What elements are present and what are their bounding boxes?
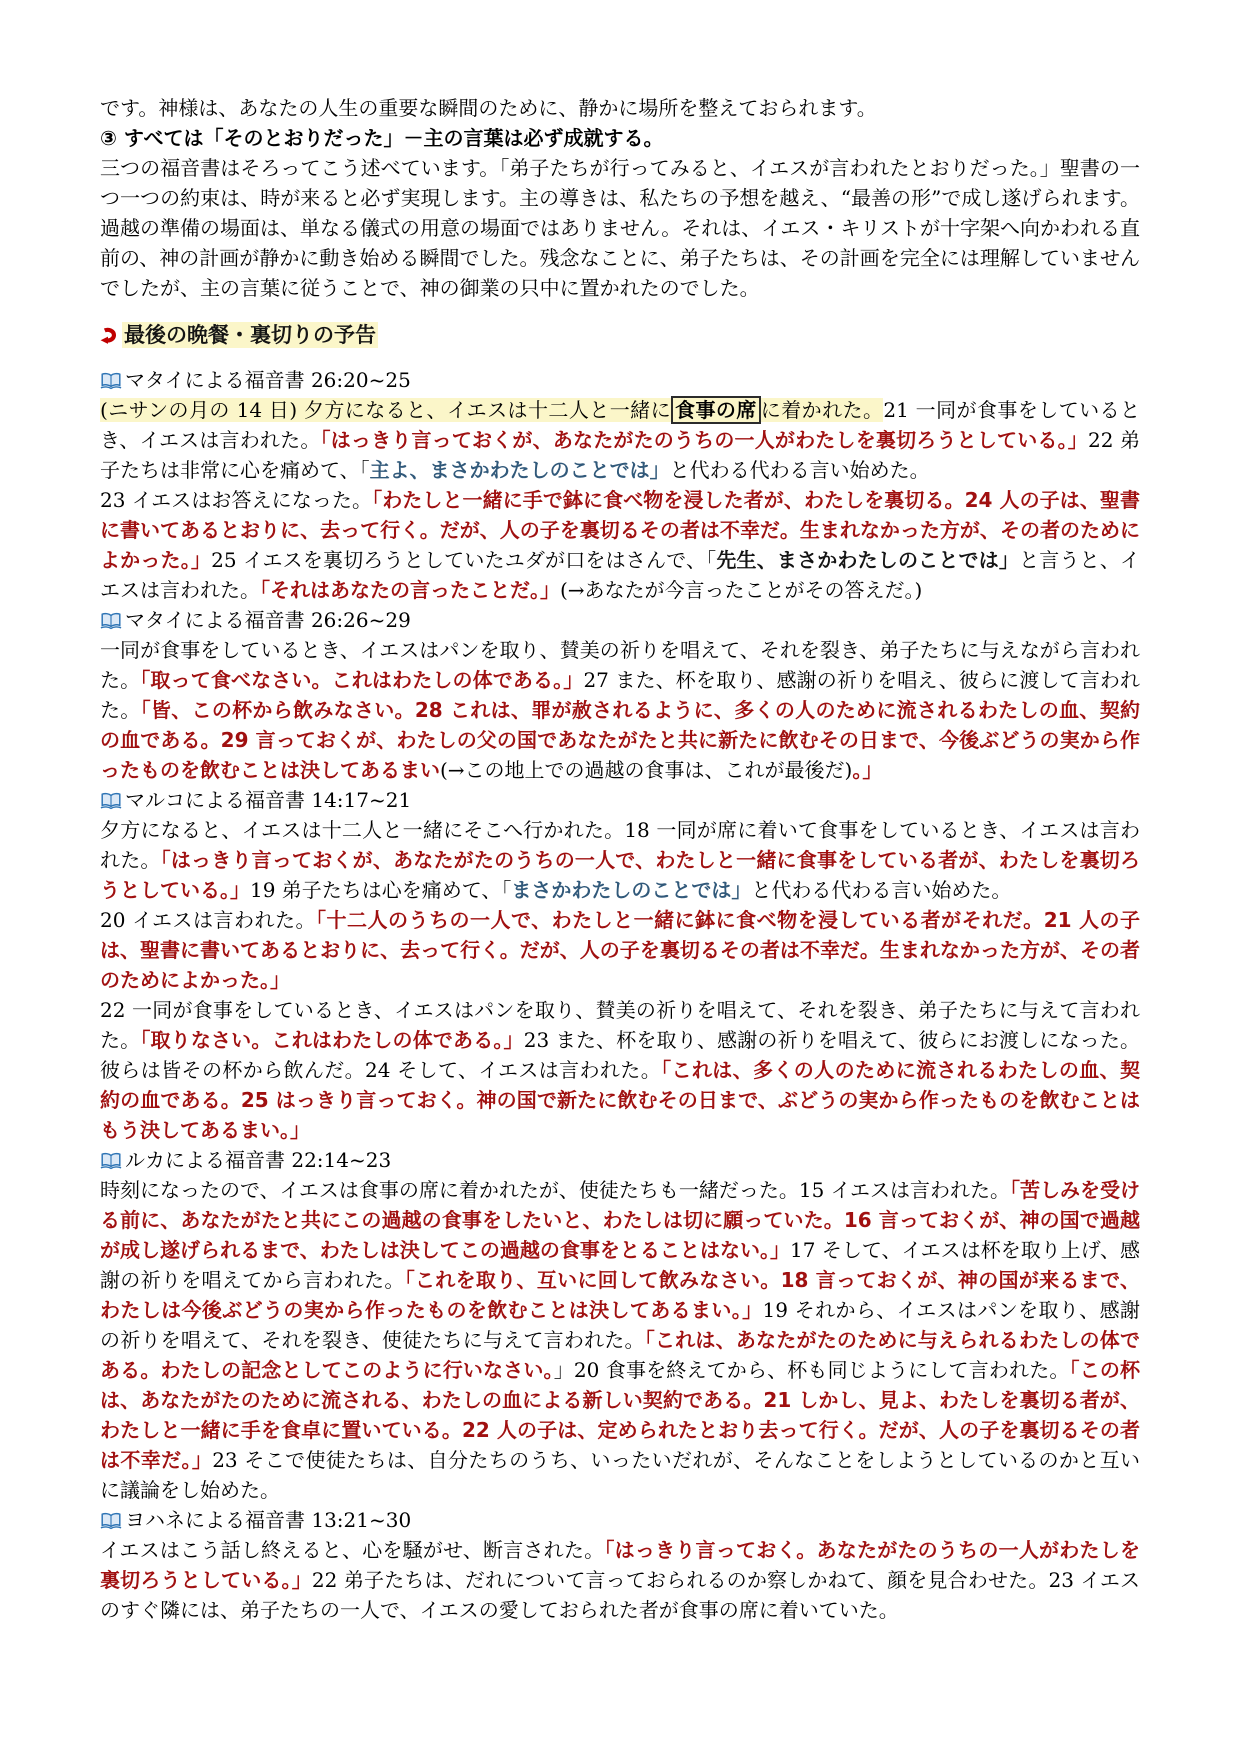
- open-book-icon: [100, 792, 122, 810]
- text-run: 23 そこで使徒たちは、自分たちのうち、いったいだれが、そんなことをしようとして…: [100, 1448, 1140, 1502]
- paragraph: (ニサンの月の 14 日) 夕方になると、イエスは十二人と一緒に食事の席に着かれ…: [100, 395, 1140, 485]
- open-book-icon: [100, 1152, 122, 1170]
- text-run: イエスはこう話し終えると、心を騒がせ、断言された。: [100, 1538, 604, 1562]
- scripture-reference-text: ルカによる福音書 22:14~23: [125, 1148, 391, 1172]
- paragraph: イエスはこう話し終えると、心を騒がせ、断言された。「はっきり言っておく。あなたが…: [100, 1535, 1140, 1625]
- red-arrow-icon: [100, 326, 119, 345]
- text-run: 「それはあなたの言ったことだ。」: [260, 578, 560, 602]
- section-heading-text: 最後の晩餐・裏切りの予告: [122, 322, 378, 348]
- text-run: (ニサンの月の 14 日) 夕方になると、イエスは十二人と一緒に: [100, 398, 671, 422]
- scripture-reference-text: マルコによる福音書 14:17~21: [125, 788, 411, 812]
- scripture-reference-text: マタイによる福音書 26:26~29: [125, 608, 411, 632]
- text-run: (→あなたが今言ったことがその答えだ。): [560, 578, 922, 602]
- paragraph: 夕方になると、イエスは十二人と一緒にそこへ行かれた。18 一同が席に着いて食事を…: [100, 815, 1140, 905]
- text-run: と代わる代わる言い始めた。: [670, 458, 930, 482]
- text-run: 「取りなさい。これはわたしの体である。」: [140, 1028, 523, 1052]
- text-run: ③ すべては「そのとおりだった」－主の言葉は必ず成就する。: [100, 126, 664, 150]
- scripture-reference-text: マタイによる福音書 26:20~25: [125, 368, 411, 392]
- paragraph: 23 イエスはお答えになった。「わたしと一緒に手で鉢に食べ物を浸した者が、わたし…: [100, 485, 1140, 605]
- scripture-reference: ヨハネによる福音書 13:21~30: [100, 1505, 1140, 1535]
- paragraph: 三つの福音書はそろってこう述べています。「弟子たちが行ってみると、イエスが言われ…: [100, 153, 1140, 303]
- section-heading: 最後の晩餐・裏切りの予告: [100, 320, 1140, 350]
- text-run: 。」: [852, 758, 882, 782]
- scripture-reference: ルカによる福音書 22:14~23: [100, 1145, 1140, 1175]
- scripture-reference: マタイによる福音書 26:26~29: [100, 605, 1140, 635]
- paragraph: 時刻になったので、イエスは食事の席に着かれたが、使徒たちも一緒だった。15 イエ…: [100, 1175, 1140, 1505]
- paragraph: 22 一同が食事をしているとき、イエスはパンを取り、賛美の祈りを唱えて、それを裂…: [100, 995, 1140, 1145]
- paragraph: です。神様は、あなたの人生の重要な瞬間のために、静かに場所を整えておられます。: [100, 93, 1140, 123]
- text-run: 20 イエスは言われた。: [100, 908, 316, 932]
- text-run: まさかわたしのことでは」: [511, 878, 751, 902]
- scripture-reference-text: ヨハネによる福音書 13:21~30: [125, 1508, 411, 1532]
- sub-heading: ③ すべては「そのとおりだった」－主の言葉は必ず成就する。: [100, 123, 1140, 153]
- text-run: 23 イエスはお答えになった。: [100, 488, 372, 512]
- text-run: に着かれた。: [761, 398, 884, 422]
- text-run: 時刻になったので、イエスは食事の席に着かれたが、使徒たちも一緒だった。15 イエ…: [100, 1178, 1010, 1202]
- scripture-reference: マタイによる福音書 26:20~25: [100, 365, 1140, 395]
- open-book-icon: [100, 1512, 122, 1530]
- text-run: 「はっきり言っておくが、あなたがたのうちの一人がわたしを裏切ろうとしている。」: [321, 428, 1088, 452]
- document-page: です。神様は、あなたの人生の重要な瞬間のために、静かに場所を整えておられます。③…: [0, 0, 1240, 1755]
- text-run: 19 弟子たちは心を痛めて、「: [250, 878, 511, 902]
- scripture-reference: マルコによる福音書 14:17~21: [100, 785, 1140, 815]
- text-run: 主よ、まさかわたしのことでは」: [370, 458, 670, 482]
- open-book-icon: [100, 372, 122, 390]
- text-run: 」20 食事を終えてから、杯も同じようにして言われた。: [554, 1358, 1070, 1382]
- paragraph: 20 イエスは言われた。「十二人のうちの一人で、わたしと一緒に鉢に食べ物を浸して…: [100, 905, 1140, 995]
- text-run: 「取って食べなさい。これはわたしの体である。」: [140, 668, 583, 692]
- text-run: と代わる代わる言い始めた。: [751, 878, 1011, 902]
- open-book-icon: [100, 612, 122, 630]
- text-run: 食事の席: [671, 396, 761, 424]
- text-run: です。神様は、あなたの人生の重要な瞬間のために、静かに場所を整えておられます。: [100, 96, 877, 120]
- text-run: 三つの福音書はそろってこう述べています。「弟子たちが行ってみると、イエスが言われ…: [100, 156, 1140, 300]
- text-run: (→この地上での過越の食事は、これが最後だ): [440, 758, 852, 782]
- paragraph: 一同が食事をしているとき、イエスはパンを取り、賛美の祈りを唱えて、それを裂き、弟…: [100, 635, 1140, 785]
- text-run: 25 イエスを裏切ろうとしていたユダが口をはさんで、「: [211, 548, 716, 572]
- document-content: です。神様は、あなたの人生の重要な瞬間のために、静かに場所を整えておられます。③…: [100, 93, 1140, 1625]
- text-run: 先生、まさかわたしのことでは」: [716, 548, 1019, 572]
